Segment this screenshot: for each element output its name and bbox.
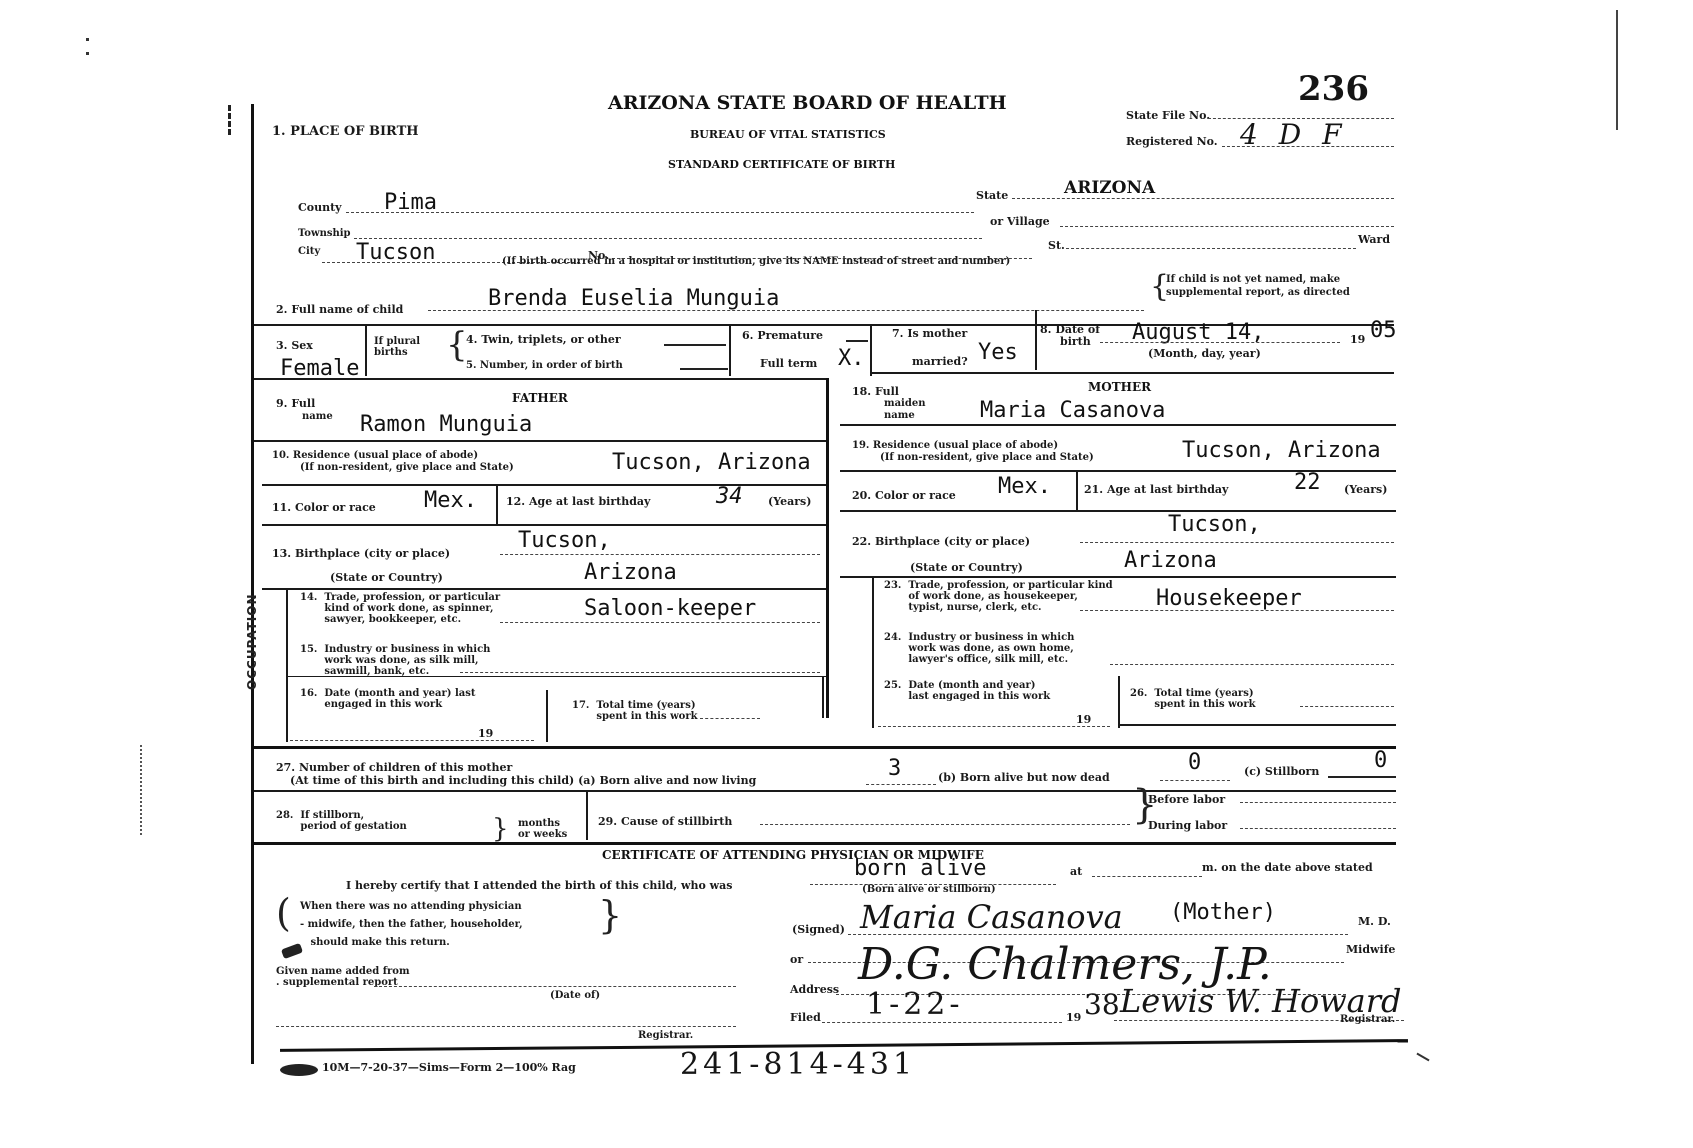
months-label: months or weeks <box>518 818 567 840</box>
m-on-date-label: m. on the date above stated <box>1202 862 1373 874</box>
during-labor-line <box>1240 828 1396 829</box>
father-heading: FATHER <box>512 391 568 405</box>
father-trade-line <box>500 622 820 623</box>
father-date-label: 16. Date (month and year) last engaged i… <box>300 688 475 710</box>
father-name-label-2: name <box>302 411 333 423</box>
mother-age-unit: (Years) <box>1344 484 1387 496</box>
row-divider <box>870 372 1394 374</box>
before-labor-line <box>1240 802 1396 803</box>
mother-date-line <box>878 726 1110 727</box>
document-title: ARIZONA STATE BOARD OF HEALTH <box>608 92 1007 114</box>
dob-value: August 14, <box>1132 322 1264 344</box>
signed-typed-mother: (Mother) <box>1170 902 1276 924</box>
fullterm-label: Full term <box>760 358 817 370</box>
registrar-left-label: Registrar. <box>638 1030 693 1042</box>
mother-age-value: 22 <box>1294 472 1321 494</box>
state-file-no-value: 236 <box>1298 74 1369 104</box>
sex-label: 3. Sex <box>276 340 313 352</box>
row-divider <box>840 510 1396 512</box>
mother-name-label-2: maiden <box>884 398 925 410</box>
before-labor-label: Before labor <box>1148 794 1225 806</box>
document-subtitle-certificate: STANDARD CERTIFICATE OF BIRTH <box>668 158 895 171</box>
premature-line <box>846 340 868 342</box>
gestation-label: 28. If stillborn, period of gestation <box>276 810 407 832</box>
father-total-line <box>700 718 760 719</box>
time-line <box>1092 876 1202 877</box>
father-birthplace-value: Tucson, <box>518 530 611 552</box>
street-label: St. <box>1048 240 1065 252</box>
ward-label: Ward <box>1358 234 1390 246</box>
father-age-unit: (Years) <box>768 496 811 508</box>
filed-date-value: 1-22- <box>866 990 964 1020</box>
cell-divider <box>1076 472 1078 510</box>
mother-date-label: 25. Date (month and year) last engaged i… <box>884 680 1050 702</box>
cell-divider <box>729 326 731 376</box>
signed-signature: Maria Casanova <box>860 902 1123 932</box>
state-file-no-label: State File No. <box>1126 110 1210 122</box>
cell-divider <box>496 486 498 524</box>
father-industry-line <box>460 672 820 673</box>
section-divider <box>254 746 1396 749</box>
father-birthstate-value: Arizona <box>584 562 677 584</box>
mother-industry-label: 24. Industry or business in which work w… <box>884 632 1074 665</box>
cell-divider <box>586 790 588 840</box>
father-age-value: 34 <box>716 486 743 508</box>
children-dead-label: (b) Born alive but now dead <box>938 772 1110 784</box>
filed-year-value: 38 <box>1084 990 1120 1020</box>
village-label: or Village <box>990 216 1050 228</box>
date-of-label: (Date of) <box>550 990 600 1002</box>
row-divider <box>254 440 826 442</box>
occupation-bracket <box>872 578 874 728</box>
plural-births-label: If plural births <box>374 336 420 358</box>
mother-date-year: 19 <box>1076 714 1091 726</box>
print-code: 10M—7-20-37—Sims—Form 2—100% Rag <box>322 1062 576 1074</box>
father-race-label: 11. Color or race <box>272 502 376 514</box>
children-living-value: 3 <box>888 758 901 780</box>
scan-edge-line <box>1616 10 1618 130</box>
state-label: State <box>976 190 1008 202</box>
row-divider <box>262 588 826 590</box>
scan-speck <box>1416 1053 1429 1062</box>
signed-line <box>848 934 1348 935</box>
township-label: Township <box>298 228 351 240</box>
mother-name-label-3: name <box>884 410 915 422</box>
children-stillborn-label: (c) Stillborn <box>1244 766 1319 778</box>
county-label: County <box>298 202 342 214</box>
children-label-2: (At time of this birth and including thi… <box>290 775 756 787</box>
mother-trade-label: 23. Trade, profession, or particular kin… <box>884 580 1113 613</box>
occupation-side-label: OCCUPATION <box>245 593 259 690</box>
brace: } <box>492 812 509 846</box>
scan-speck <box>228 105 234 135</box>
father-mother-divider <box>826 378 829 718</box>
father-residence-label-1: 10. Residence (usual place of abode) <box>272 450 478 462</box>
no-physician-note: When there was no attending physician - … <box>300 898 523 952</box>
mother-trade-line <box>1080 610 1394 611</box>
county-line <box>346 212 974 213</box>
born-hint: (Born alive or stillborn) <box>862 884 996 896</box>
cell-divider <box>1035 310 1037 370</box>
occupation-bracket <box>286 590 288 742</box>
or-label: or <box>790 954 803 966</box>
cell-divider <box>1118 676 1120 728</box>
mother-birthplace-value: Tucson, <box>1168 514 1261 536</box>
children-stillborn-value: 0 <box>1374 750 1387 772</box>
given-name-label: Given name added from . supplemental rep… <box>276 966 410 988</box>
row-divider <box>840 424 1396 426</box>
cell-divider <box>822 676 824 718</box>
dob-line <box>1100 342 1340 343</box>
brace: ( <box>276 896 291 930</box>
cell-divider <box>365 326 367 376</box>
children-living-line <box>866 784 936 785</box>
brace: { <box>446 328 468 362</box>
dob-label-2: birth <box>1060 336 1091 348</box>
children-stillborn-line <box>1328 776 1396 778</box>
section-place-of-birth-label: 1. PLACE OF BIRTH <box>272 126 419 138</box>
children-dead-value: 0 <box>1188 752 1201 774</box>
child-name-label: 2. Full name of child <box>276 304 403 316</box>
birth-order-line <box>680 368 728 370</box>
filed-year-prefix: 19 <box>1066 1012 1081 1024</box>
twin-line <box>664 344 726 346</box>
row-divider <box>286 676 826 677</box>
during-labor-label: During labor <box>1148 820 1227 832</box>
child-name-value: Brenda Euselia Munguia <box>488 288 779 310</box>
father-birthstate-label: (State or Country) <box>330 572 443 584</box>
mother-total-line <box>1300 706 1394 707</box>
mother-race-value: Mex. <box>998 476 1051 498</box>
row-divider <box>254 378 828 380</box>
father-birthplace-line <box>500 554 820 555</box>
street-line <box>1066 248 1356 249</box>
city-value: Tucson <box>356 242 435 264</box>
dob-year-prefix: 19 <box>1350 334 1365 346</box>
row-divider <box>254 790 1396 792</box>
mother-age-label: 21. Age at last birthday <box>1084 484 1228 496</box>
cause-label: 29. Cause of stillbirth <box>598 816 732 828</box>
born-alive-value: born alive <box>854 858 986 880</box>
document-subtitle-bureau: BUREAU OF VITAL STATISTICS <box>690 128 886 141</box>
state-value: ARIZONA <box>1064 178 1155 198</box>
scan-speck <box>140 745 144 835</box>
father-birthplace-label: 13. Birthplace (city or place) <box>272 548 450 560</box>
children-label-1: 27. Number of children of this mother <box>276 762 512 774</box>
city-label: City <box>298 246 320 258</box>
mother-name-value: Maria Casanova <box>980 400 1165 422</box>
county-value: Pima <box>384 192 437 214</box>
row-divider <box>262 524 826 526</box>
father-residence-label-2: (If non-resident, give place and State) <box>300 462 514 474</box>
form-left-border <box>251 104 254 1064</box>
registrar-signature: Lewis W. Howard <box>1120 986 1401 1016</box>
handwritten-number: 241-814-431 <box>680 1050 916 1080</box>
mother-birthplace-line <box>1080 542 1394 543</box>
mother-residence-label-2: (If non-resident, give place and State) <box>880 452 1094 464</box>
signed-label: (Signed) <box>792 924 845 936</box>
registrar-left-line <box>276 1026 736 1027</box>
twin-label: 4. Twin, triplets, or other <box>466 334 621 346</box>
mother-birthplace-label: 22. Birthplace (city or place) <box>852 536 1030 548</box>
not-named-note-1: If child is not yet named, make <box>1166 274 1340 286</box>
father-date-line <box>290 740 534 741</box>
midwife-label: Midwife <box>1346 944 1395 956</box>
mother-industry-line <box>1110 664 1394 665</box>
registered-no-value: 4 D F <box>1240 120 1348 150</box>
registrar-label: Registrar. <box>1340 1014 1395 1026</box>
cell-divider <box>870 326 872 376</box>
father-date-year: 19 <box>478 728 493 740</box>
dob-hint: (Month, day, year) <box>1148 348 1261 360</box>
ink-mark <box>281 943 303 959</box>
mother-residence-value: Tucson, Arizona <box>1182 440 1381 462</box>
father-age-label: 12. Age at last birthday <box>506 496 650 508</box>
married-label-1: 7. Is mother <box>892 328 967 340</box>
village-line <box>1060 226 1394 227</box>
township-line <box>354 238 982 239</box>
father-trade-label: 14. Trade, profession, or particular kin… <box>300 592 500 625</box>
section-divider <box>254 842 1396 845</box>
registered-no-label: Registered No. <box>1126 136 1218 148</box>
certify-text: I hereby certify that I attended the bir… <box>346 880 732 892</box>
cause-line <box>760 824 1130 825</box>
birth-order-label: 5. Number, in order of birth <box>466 360 623 372</box>
given-name-line <box>374 986 736 987</box>
filed-line <box>822 1022 1062 1023</box>
row-divider <box>1120 724 1396 726</box>
md-label: M. D. <box>1358 916 1391 928</box>
father-name-value: Ramon Munguia <box>360 414 532 436</box>
dob-year-value: 05 <box>1370 320 1397 342</box>
brace: } <box>598 898 622 932</box>
state-line <box>1012 198 1394 199</box>
cell-divider <box>546 690 548 742</box>
mother-birthstate-label: (State or Country) <box>910 562 1023 574</box>
address-signature: D.G. Chalmers, J.P. <box>858 950 1272 980</box>
mother-birthstate-value: Arizona <box>1124 550 1217 572</box>
filed-label: Filed <box>790 1012 821 1024</box>
father-race-value: Mex. <box>424 490 477 512</box>
married-value: Yes <box>978 342 1018 364</box>
mother-race-label: 20. Color or race <box>852 490 956 502</box>
scan-speck <box>86 38 89 41</box>
married-label-2: married? <box>912 356 968 368</box>
mother-residence-label-1: 19. Residence (usual place of abode) <box>852 440 1058 452</box>
sex-value: Female <box>280 358 359 380</box>
address-label: Address <box>790 984 839 996</box>
mother-total-label: 26. Total time (years) spent in this wor… <box>1130 688 1256 710</box>
hospital-note: (If birth occurred in a hospital or inst… <box>502 256 1010 268</box>
mother-name-label-1: 18. Full <box>852 386 899 398</box>
father-trade-value: Saloon-keeper <box>584 598 756 620</box>
children-dead-line <box>1160 780 1230 781</box>
not-named-note-2: supplemental report, as directed <box>1166 287 1350 299</box>
father-total-label: 17. Total time (years) spent in this wor… <box>572 700 698 722</box>
fullterm-value: X. <box>838 348 865 370</box>
at-label: at <box>1070 866 1082 878</box>
premature-label: 6. Premature <box>742 330 823 342</box>
mother-heading: MOTHER <box>1088 380 1151 394</box>
row-divider <box>840 576 1396 578</box>
father-residence-value: Tucson, Arizona <box>612 452 811 474</box>
scan-speck <box>86 52 89 55</box>
mother-trade-value: Housekeeper <box>1156 588 1302 610</box>
father-name-label-1: 9. Full <box>276 398 315 410</box>
union-bug-icon <box>280 1064 318 1076</box>
birth-certificate: 1. PLACE OF BIRTH ARIZONA STATE BOARD OF… <box>0 0 1693 1148</box>
